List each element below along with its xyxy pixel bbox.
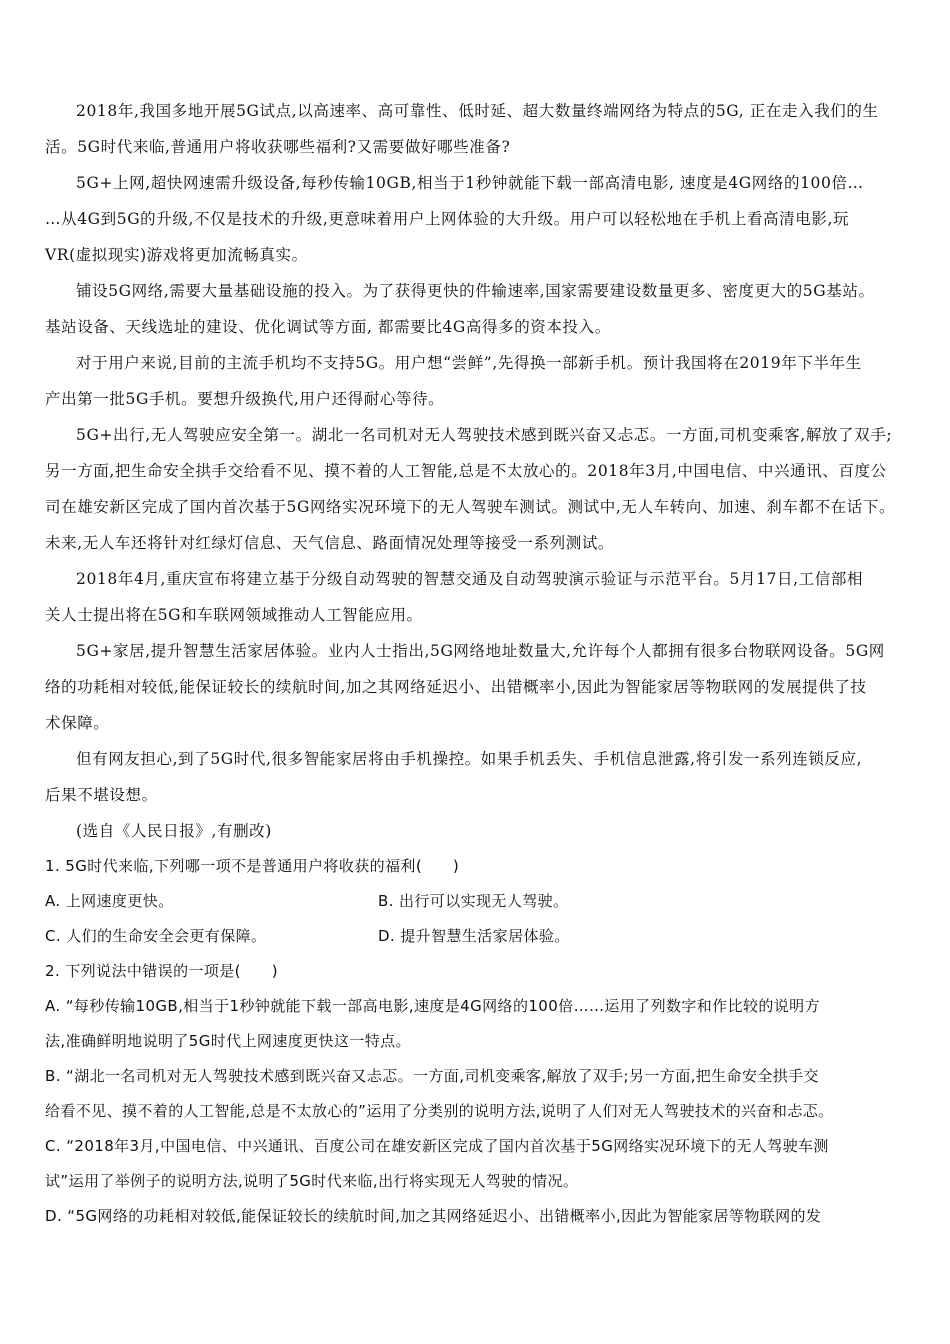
article-line: 后果不堪设想。: [45, 785, 915, 805]
option-d-line: D. “5G网络的功耗相对较低,能保证较长的续航时间,加之其网络延迟小、出错概率…: [45, 1206, 915, 1226]
article-line: 但有网友担心,到了5G时代,很多智能家居将由手机操控。如果手机丢失、手机信息泄露…: [76, 749, 946, 769]
article-line: 未来,无人车还将针对红绿灯信息、天气信息、路面情况处理等接受一系列测试。: [45, 533, 915, 553]
article-line: 产出第一批5G手机。要想升级换代,用户还得耐心等待。: [45, 389, 915, 409]
option-c-line: 试”运用了举例子的说明方法,说明了5G时代来临,出行将实现无人驾驶的情况。: [45, 1171, 915, 1191]
article-line: 2018年,我国多地开展5G试点,以高速率、高可靠性、低时延、超大数量终端网络为…: [76, 101, 946, 121]
option-a-line: A. “每秒传输10GB,相当于1秒钟就能下载一部高电影,速度是4G网络的100…: [45, 996, 915, 1016]
article-line: 2018年4月,重庆宣布将建立基于分级自动驾驶的智慧交通及自动驾驶演示验证与示范…: [76, 569, 946, 589]
option-b-line: B. “湖北一名司机对无人驾驶技术感到既兴奋又忐忑。一方面,司机变乘客,解放了双…: [45, 1066, 915, 1086]
article-line: 5G+出行,无人驾驶应安全第一。湖北一名司机对无人驾驶技术感到既兴奋又忐忑。一方…: [76, 425, 946, 445]
article-line: …从4G到5G的升级,不仅是技术的升级,更意味着用户上网体验的大升级。用户可以轻…: [45, 209, 915, 229]
article-line: 活。5G时代来临,普通用户将收获哪些福利?又需要做好哪些准备?: [45, 137, 915, 157]
article-line: 对于用户来说,目前的主流手机均不支持5G。用户想“尝鲜”,先得换一部新手机。预计…: [76, 353, 946, 373]
article-source: (选自《人民日报》,有删改): [76, 821, 946, 841]
question-stem: 1. 5G时代来临,下列哪一项不是普通用户将收获的福利( ): [45, 856, 915, 876]
article-line: 关人士提出将在5G和车联网领域推动人工智能应用。: [45, 605, 915, 625]
question-stem: 2. 下列说法中错误的一项是( ): [45, 961, 915, 981]
option-b: B. 出行可以实现无人驾驶。: [378, 891, 778, 911]
article-line: 术保障。: [45, 713, 915, 733]
article-line: 络的功耗相对较低,能保证较长的续航时间,加之其网络延迟小、出错概率小,因此为智能…: [45, 677, 915, 697]
option-c-line: C. “2018年3月,中国电信、中兴通讯、百度公司在雄安新区完成了国内首次基于…: [45, 1136, 915, 1156]
article-line: 5G+上网,超快网速需升级设备,每秒传输10GB,相当于1秒钟就能下载一部高清电…: [76, 173, 946, 193]
article-line: 另一方面,把生命安全拱手交给看不见、摸不着的人工智能,总是不太放心的。2018年…: [45, 461, 915, 481]
option-a: A. 上网速度更快。: [45, 891, 365, 911]
article-line: 5G+家居,提升智慧生活家居体验。业内人士指出,5G网络地址数量大,允许每个人都…: [76, 641, 946, 661]
article-line: 司在雄安新区完成了国内首次基于5G网络实况环境下的无人驾驶车测试。测试中,无人车…: [45, 497, 915, 517]
article-line: VR(虚拟现实)游戏将更加流畅真实。: [45, 245, 915, 265]
article-line: 基站设备、天线选址的建设、优化调试等方面, 都需要比4G高得多的资本投入。: [45, 317, 915, 337]
option-c: C. 人们的生命安全会更有保障。: [45, 926, 365, 946]
option-b-line: 给看不见、摸不着的人工智能,总是不太放心的”运用了分类别的说明方法,说明了人们对…: [45, 1101, 915, 1121]
exam-page: 2018年,我国多地开展5G试点,以高速率、高可靠性、低时延、超大数量终端网络为…: [0, 0, 950, 1344]
option-a-line: 法,准确鲜明地说明了5G时代上网速度更快这一特点。: [45, 1031, 915, 1051]
article-line: 铺设5G网络,需要大量基础设施的投入。为了获得更快的件输速率,国家需要建设数量更…: [76, 281, 946, 301]
option-d: D. 提升智慧生活家居体验。: [378, 926, 778, 946]
